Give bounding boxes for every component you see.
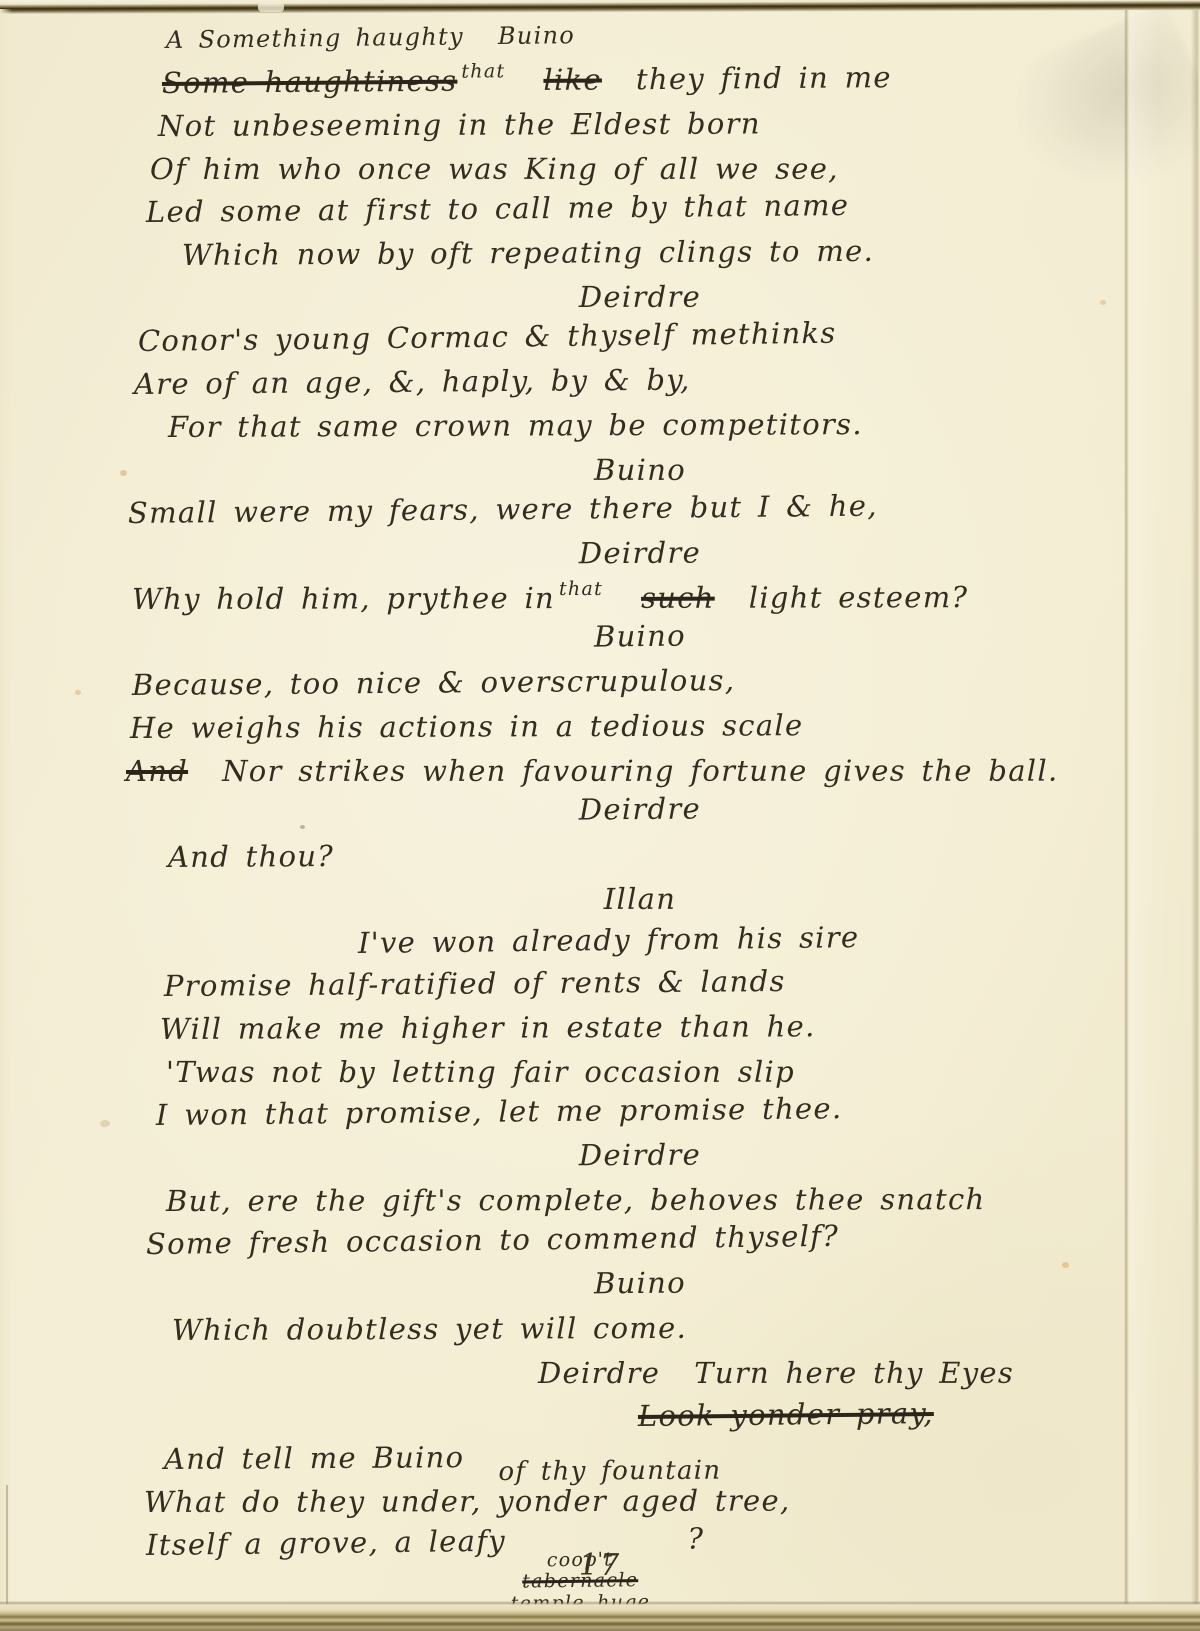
foxing-spot — [100, 1120, 110, 1127]
handwritten-text: I've won already from his sire — [358, 920, 860, 960]
top-page-edge — [0, 0, 1200, 15]
manuscript-line: For that same crown may be competitors. — [168, 406, 1142, 453]
handwritten-text: Nor strikes when favouring fortune gives… — [222, 754, 1058, 788]
handwritten-text: Illan — [604, 882, 677, 916]
handwritten-text: What do they under, yonder aged tree, — [144, 1484, 791, 1519]
speech-heading: Deirdre — [138, 1135, 1142, 1184]
handwritten-text: Of him who once was King of all we see, — [150, 152, 839, 186]
manuscript-line: Look yonder pray, — [638, 1394, 1142, 1442]
manuscript-text-block: A Something haughtyBuinoSome haughtiness… — [138, 26, 1142, 1571]
struck-text: like — [543, 62, 602, 96]
manuscript-line: And thou? — [168, 834, 1142, 883]
foxing-spot — [75, 690, 81, 695]
handwritten-text: He weighs his actions in a tedious scale — [130, 708, 804, 745]
handwritten-text: A Something haughty — [166, 22, 464, 54]
inserted-text: that — [461, 60, 505, 82]
handwritten-text: Buino — [594, 618, 686, 653]
manuscript-line: Which now by oft repeating clings to me. — [182, 232, 1142, 281]
inserted-text: that — [559, 578, 603, 600]
interlinear-insertion: A Something haughtyBuino — [166, 14, 1142, 66]
manuscript-line: And tell me Buinoof thy fountain — [164, 1436, 1142, 1485]
handwritten-text: Deirdre — [538, 1356, 660, 1390]
manuscript-line: DeirdreTurn here thy Eyes — [538, 1356, 1142, 1399]
manuscript-line: Promise half-ratified of rents & lands — [164, 961, 1142, 1012]
struck-text: such — [641, 581, 715, 615]
manuscript-photo: A Something haughtyBuinoSome haughtiness… — [0, 0, 1200, 1631]
speech-heading: Deirdre — [138, 787, 1142, 840]
manuscript-line: Which doubtless yet will come. — [172, 1309, 1142, 1356]
manuscript-line: Small were my fears, were there but I & … — [128, 486, 1142, 539]
handwritten-text: light esteem? — [749, 580, 969, 614]
right-page-edge — [1124, 10, 1200, 1607]
handwritten-text: Deirdre — [579, 791, 702, 826]
handwritten-text: For that same crown may be competitors. — [168, 407, 863, 444]
left-bottom-page-edge — [6, 1485, 8, 1605]
manuscript-line: Are of an age, &, haply, by & by, — [134, 359, 1142, 410]
handwritten-text: 'Twas not by letting fair occasion slip — [166, 1055, 795, 1089]
handwritten-text: Some fresh occasion to commend thyself? — [146, 1219, 840, 1261]
handwritten-text: Led some at first to call me by that nam… — [146, 188, 850, 229]
inserted-text: of thy fountain — [498, 1456, 721, 1487]
handwritten-text: Will make me higher in estate than he. — [160, 1009, 816, 1046]
handwritten-text: Small were my fears, were there but I & … — [128, 489, 878, 530]
handwritten-text: But, ere the gift's complete, behoves th… — [166, 1182, 986, 1218]
manuscript-line: He weighs his actions in a tedious scale — [130, 707, 1142, 754]
handwritten-text: Buino — [594, 1266, 686, 1301]
struck-text: Some haughtiness — [162, 64, 458, 100]
bottom-page-stack-edge — [0, 1601, 1200, 1631]
handwritten-text: Why hold him, prythee in — [132, 581, 555, 616]
manuscript-line: I won that promise, let me promise thee. — [156, 1088, 1142, 1141]
page-number: 17 — [0, 1548, 1200, 1583]
struck-text: And — [126, 754, 188, 788]
manuscript-line: Some haughtinessthatlikethey find in me — [162, 58, 1142, 109]
handwritten-text: Which doubtless yet will come. — [172, 1311, 687, 1347]
manuscript-line: Will make me higher in estate than he. — [160, 1008, 1142, 1055]
foxing-spot — [300, 825, 305, 829]
handwritten-text: Buino — [594, 453, 686, 487]
handwritten-text: Deirdre — [579, 280, 701, 314]
handwritten-text: Which now by oft repeating clings to me. — [182, 234, 874, 272]
manuscript-line: Led some at first to call me by that nam… — [146, 185, 1142, 238]
manuscript-line: Because, too nice & overscrupulous, — [132, 660, 1142, 711]
handwritten-text: they find in me — [636, 60, 892, 96]
speech-heading: Deirdre — [138, 533, 1142, 582]
handwritten-text: Conor's young Cormac & thyself methinks — [138, 316, 837, 358]
handwritten-text: Deirdre — [579, 1138, 701, 1173]
left-page-edge — [0, 9, 12, 1603]
foxing-spot — [120, 470, 127, 476]
struck-text: Look yonder pray, — [638, 1396, 934, 1433]
speech-heading: Buino — [138, 1262, 1142, 1313]
manuscript-line: Not unbeseeming in the Eldest born — [158, 105, 1142, 152]
handwritten-text: Not unbeseeming in the Eldest born — [158, 106, 761, 143]
foxing-spot — [1100, 300, 1106, 305]
handwritten-text: Deirdre — [579, 536, 701, 571]
handwritten-text: I won that promise, let me promise thee. — [156, 1091, 843, 1132]
top-page-edge-gap — [258, 2, 284, 12]
handwritten-text: And tell me Buino — [164, 1440, 465, 1476]
handwritten-text: Because, too nice & overscrupulous, — [132, 663, 736, 702]
handwritten-text: Promise half-ratified of rents & lands — [164, 964, 786, 1003]
handwritten-text: And thou? — [168, 839, 334, 874]
handwritten-text: Buino — [498, 21, 576, 50]
foxing-spot — [1062, 1262, 1069, 1268]
handwritten-text: Are of an age, &, haply, by & by, — [134, 363, 691, 401]
handwritten-text: Turn here thy Eyes — [694, 1356, 1014, 1390]
